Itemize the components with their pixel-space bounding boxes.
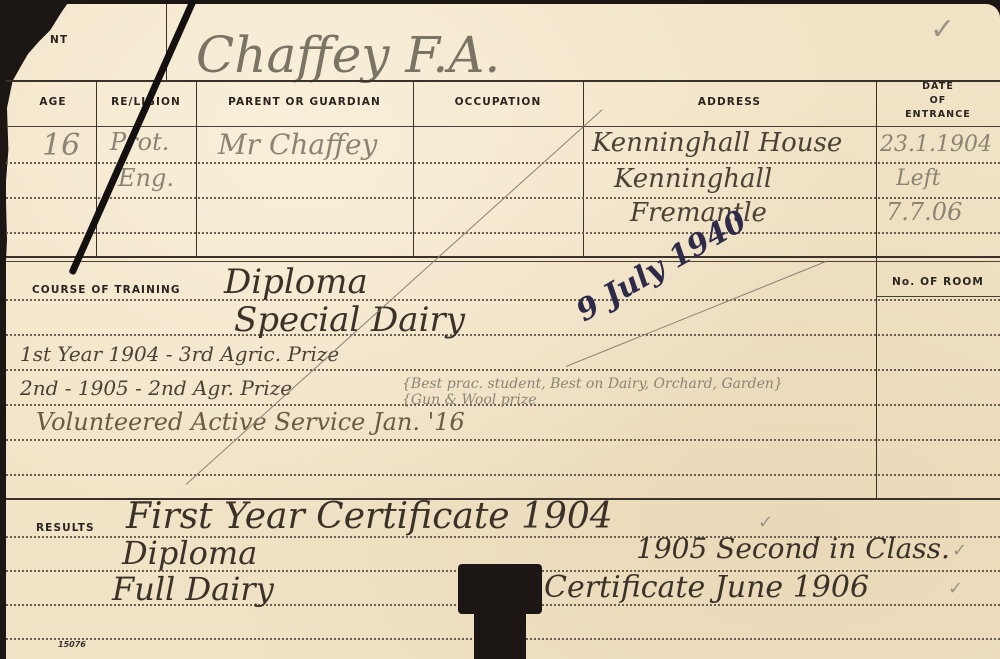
religion-value-line2: Eng.: [118, 164, 174, 192]
date-left-value: 7.7.06: [886, 198, 962, 226]
age-value: 16: [42, 128, 80, 163]
results-line3b: Certificate June 1906: [544, 570, 869, 605]
date-entrance-value: 23.1.1904: [880, 132, 992, 157]
results-line2a: Diploma: [122, 534, 257, 572]
results-line2b: 1905 Second in Class.: [636, 532, 950, 565]
row-rule: [6, 439, 1000, 441]
results-line3a: Full Dairy: [112, 570, 274, 608]
header-bottom-rule: [6, 126, 1000, 127]
course-line3: 1st Year 1904 - 3rd Agric. Prize: [20, 342, 339, 366]
row-rule: [6, 474, 1000, 476]
course-line2: Special Dairy: [234, 300, 465, 340]
row-rule: [6, 369, 1000, 371]
results-check-2: ✓: [952, 540, 967, 561]
header-address: ADDRESS: [583, 94, 876, 111]
course-line1: Diploma: [224, 262, 368, 302]
course-top-rule: [6, 256, 1000, 258]
top-check-mark: ✓: [930, 12, 955, 47]
course-label: COURSE OF TRAINING: [32, 282, 181, 299]
header-date-of-entrance: DATE OF ENTRANCE: [876, 80, 1000, 122]
student-record-card: NT Chaffey F.A. ✓ AGE RE/LIGION PARENT O…: [6, 4, 1000, 659]
col-divider-age: [96, 80, 97, 256]
results-check-1: ✓: [758, 512, 773, 533]
header-occupation: OCCUPATION: [413, 94, 583, 111]
card-slot-notch-stem: [474, 604, 526, 659]
room-label-rule: [876, 296, 1000, 297]
header-age: AGE: [28, 94, 78, 111]
course-top-rule-2: [6, 261, 1000, 262]
row-rule: [6, 334, 1000, 336]
student-name: Chaffey F.A.: [196, 26, 500, 84]
row-rule: [6, 299, 1000, 301]
date-left-label: Left: [896, 166, 941, 191]
course-line5: Volunteered Active Service Jan. '16: [36, 408, 465, 436]
row-rule: [6, 232, 1000, 234]
header-parent: PARENT OR GUARDIAN: [196, 94, 413, 111]
course-line4-note: {Best prac. student, Best on Dairy, Orch…: [402, 376, 783, 392]
address-line2: Kenninghall: [614, 164, 772, 194]
results-check-3: ✓: [948, 578, 963, 599]
room-label: No. OF ROOM: [876, 274, 1000, 291]
parent-value: Mr Chaffey: [218, 128, 377, 161]
top-label-fragment: NT: [50, 32, 68, 49]
results-label: RESULTS: [36, 520, 95, 537]
religion-value-line1: Prot.: [110, 128, 169, 156]
results-line1: First Year Certificate 1904: [126, 496, 613, 537]
address-line1: Kenninghall House: [592, 128, 842, 158]
card-serial: 15076: [58, 640, 86, 649]
course-line4: 2nd - 1905 - 2nd Agr. Prize: [20, 376, 292, 400]
course-line4-note2: {Gun & Wool prize: [402, 392, 537, 408]
